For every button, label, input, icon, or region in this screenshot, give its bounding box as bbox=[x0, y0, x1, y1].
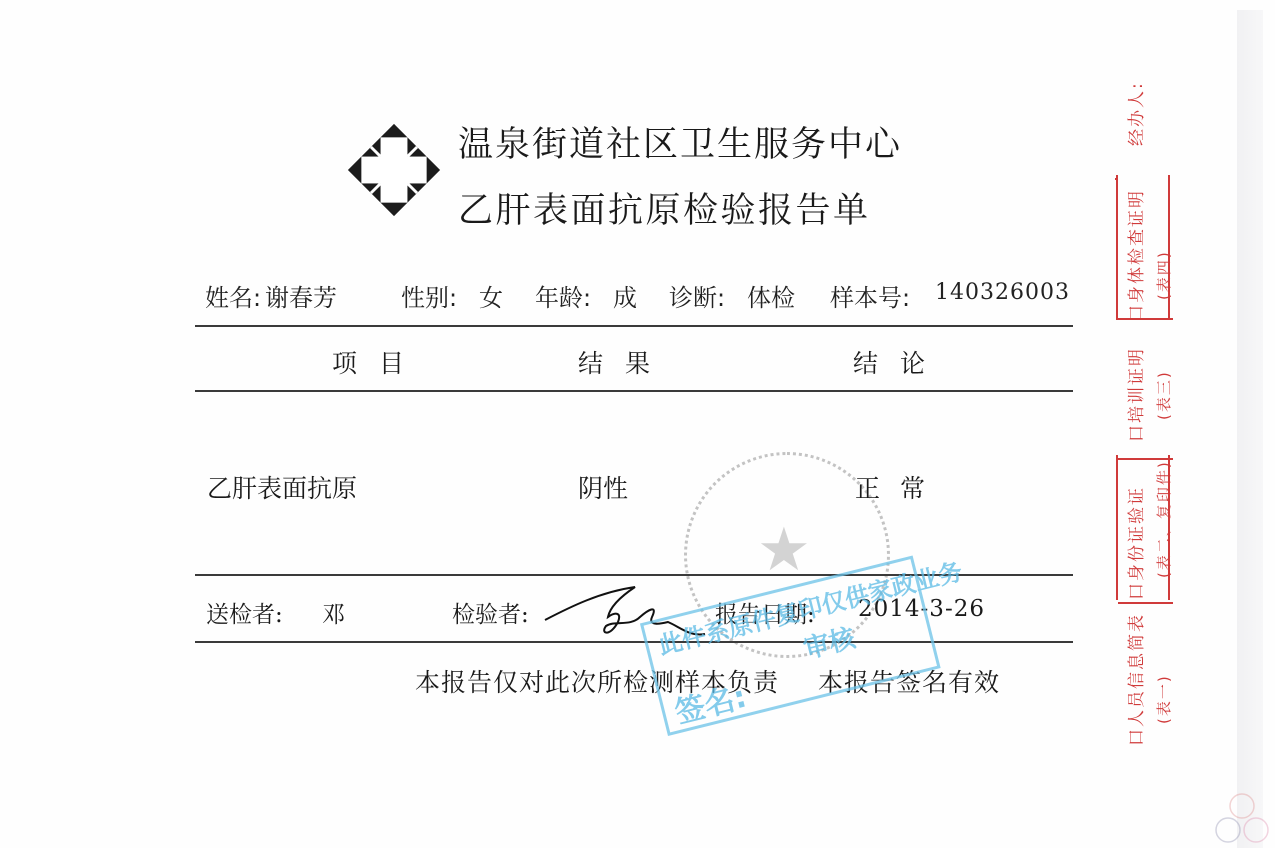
checklist-item-personnel-info[interactable]: 口人员信息简表 (表一) bbox=[1122, 613, 1174, 746]
side-checklist: 经办人: 口身体检查证明 (表四) 口培训证明 (表三) 口身份证验证 (表二、… bbox=[1110, 60, 1180, 760]
stamp-line-signature: 签名: bbox=[670, 672, 751, 732]
sample-number: 140326003 bbox=[935, 280, 1070, 305]
inspector-label: 检验者: bbox=[452, 596, 529, 629]
table-top-rule bbox=[195, 325, 1073, 327]
organization-name: 温泉街道社区卫生服务中心 bbox=[458, 117, 902, 167]
submitter-name: 邓 bbox=[322, 596, 345, 629]
submitter-label: 送检者: bbox=[206, 596, 283, 629]
footer-rule bbox=[195, 641, 1073, 643]
column-header-conclusion: 结论 bbox=[853, 344, 947, 380]
column-header-result: 结果 bbox=[578, 344, 672, 380]
separator-line bbox=[1168, 455, 1170, 600]
age-label: 年龄: bbox=[535, 278, 591, 313]
test-conclusion: 正 常 bbox=[855, 469, 931, 505]
name-label: 姓名: bbox=[205, 278, 261, 313]
patient-age: 成 bbox=[613, 278, 637, 313]
scan-edge-strip bbox=[1237, 10, 1263, 848]
column-header-item: 项目 bbox=[332, 344, 426, 380]
sample-label: 样本号: bbox=[830, 278, 910, 313]
medical-cross-logo-icon bbox=[346, 122, 442, 218]
patient-diagnosis: 体检 bbox=[747, 278, 795, 313]
separator-line bbox=[1168, 175, 1170, 320]
test-result: 阴性 bbox=[578, 469, 628, 505]
test-item: 乙肝表面抗原 bbox=[207, 469, 357, 505]
gender-label: 性别: bbox=[401, 278, 457, 313]
separator-line bbox=[1116, 455, 1118, 600]
watermark-logo-icon bbox=[1212, 790, 1272, 845]
patient-name: 谢春芳 bbox=[265, 278, 337, 313]
report-page: 温泉街道社区卫生服务中心 乙肝表面抗原检验报告单 姓名: 谢春芳 性别: 女 年… bbox=[0, 0, 1275, 848]
diagnosis-label: 诊断: bbox=[669, 278, 725, 313]
checklist-item-training-certificate[interactable]: 口培训证明 (表三) bbox=[1122, 347, 1174, 442]
separator bbox=[1118, 602, 1173, 604]
table-header-rule bbox=[195, 390, 1073, 392]
checklist-item-health-certificate[interactable]: 口身体检查证明 (表四) bbox=[1122, 189, 1174, 322]
checklist-item-id-verification[interactable]: 口身份证验证 (表二、复印件) bbox=[1122, 460, 1174, 600]
separator bbox=[1118, 318, 1173, 320]
handler-label: 经办人: bbox=[1122, 81, 1147, 146]
separator-line bbox=[1116, 175, 1118, 320]
report-title: 乙肝表面抗原检验报告单 bbox=[458, 183, 871, 233]
patient-gender: 女 bbox=[479, 278, 503, 313]
